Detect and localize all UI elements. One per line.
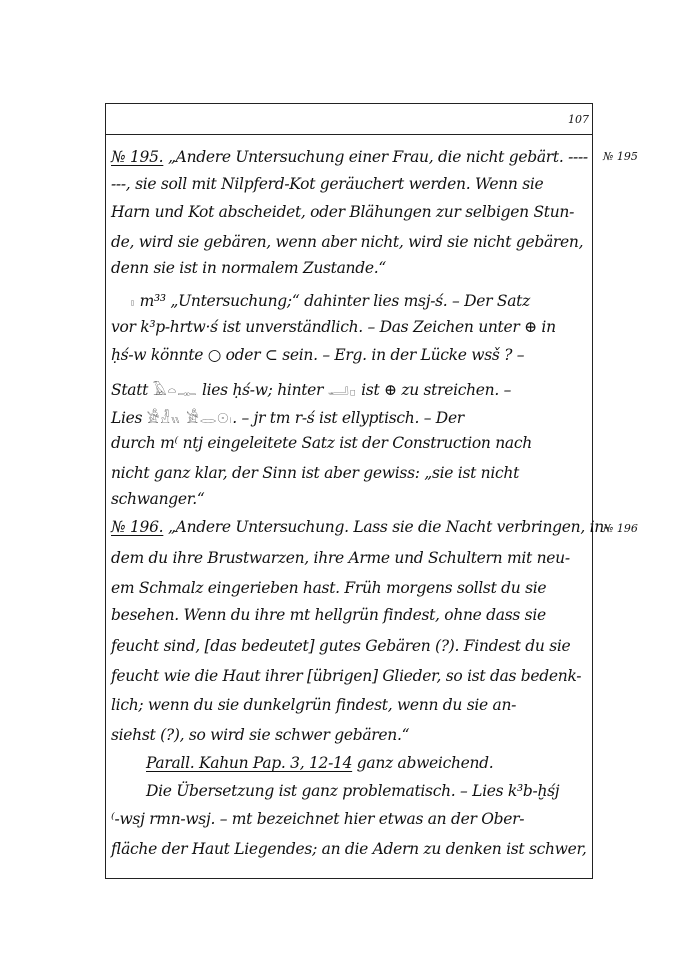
text-line: nicht ganz klar, der Sinn ist aber gewis… (111, 464, 519, 482)
text-span: . – jr tm r-ś ist ellyptisch. – Der (232, 409, 464, 427)
text-line: schwanger.“ (111, 490, 204, 508)
text-line: Die Übersetzung ist ganz problematisch. … (146, 782, 559, 800)
text-line: ⁽-wsj rmn-wsj. – mt bezeichnet hier etwa… (111, 810, 524, 828)
text-line: besehen. Wenn du ihre mt hellgrün findes… (111, 606, 546, 624)
text-line: siehst (?), so wird sie schwer gebären.“ (111, 726, 409, 744)
page-header: 107 (106, 104, 592, 135)
text-line: Lies 𓀀𓁐𓏭 𓀀𓂋𓇳𓏺. – jr tm r-ś ist ellyptisc… (111, 404, 464, 428)
text-span: „Andere Untersuchung. Lass sie die Nacht… (163, 518, 609, 536)
text-line: feucht wie die Haut ihrer [übrigen] Glie… (111, 667, 581, 685)
entry-number-195: № 195. (111, 148, 163, 166)
text-span: ist ⊕ zu streichen. – (357, 381, 512, 399)
text-span: m³³ „Untersuchung;“ dahinter lies msj-ś.… (135, 292, 530, 310)
text-span: Lies (111, 409, 147, 427)
text-line: fläche der Haut Liegendes; an die Adern … (111, 840, 587, 858)
text-line: dem du ihre Brustwarzen, ihre Arme und S… (111, 549, 570, 567)
parallel-reference: Parall. Kahun Pap. 3, 12-14 (146, 754, 352, 772)
text-line: de, wird sie gebären, wenn aber nicht, w… (111, 233, 583, 251)
text-line: feucht sind, [das bedeutet] gutes Gebäre… (111, 637, 570, 655)
text-line: 𓏤 m³³ „Untersuchung;“ dahinter lies msj-… (131, 287, 530, 311)
text-line: Harn und Kot abscheidet, oder Blähungen … (111, 203, 574, 221)
text-line: Statt 𓄿𓏏𓊃 lies ḥś-w; hinter 𓂝𓊪 ist ⊕ zu … (111, 376, 511, 400)
text-line: № 195. „Andere Untersuchung einer Frau, … (111, 148, 588, 166)
text-line: ---, sie soll mit Nilpferd-Kot geräucher… (111, 175, 543, 193)
entry-number-196: № 196. (111, 518, 163, 536)
text-line: Parall. Kahun Pap. 3, 12-14 ganz abweich… (146, 754, 493, 772)
text-line: durch m⁽ ntj eingeleitete Satz ist der C… (111, 434, 532, 452)
text-span: lies ḥś-w; hinter (197, 381, 327, 399)
text-line: em Schmalz eingerieben hast. Früh morgen… (111, 579, 546, 597)
text-span: ganz abweichend. (352, 754, 493, 772)
hieroglyph-group: 𓄿𓏏𓊃 (153, 383, 198, 399)
text-line: lich; wenn du sie dunkelgrün findest, we… (111, 696, 516, 714)
margin-note-195: № 195 (603, 150, 638, 163)
hieroglyph-group: 𓂝𓊪 (328, 383, 357, 399)
text-line: ḥś-w könnte ○ oder ⊂ sein. – Erg. in der… (111, 346, 524, 364)
text-span: Statt (111, 381, 153, 399)
page-number: 107 (568, 113, 589, 126)
text-span: „Andere Untersuchung einer Frau, die nic… (163, 148, 588, 166)
text-line: vor k³p-hrtw·ś ist unverständlich. – Das… (111, 318, 556, 336)
hieroglyph-group: 𓀀𓁐𓏭 𓀀𓂋𓇳𓏺 (147, 411, 232, 427)
text-line: denn sie ist in normalem Zustande.“ (111, 259, 386, 277)
text-line: № 196. „Andere Untersuchung. Lass sie di… (111, 518, 609, 536)
